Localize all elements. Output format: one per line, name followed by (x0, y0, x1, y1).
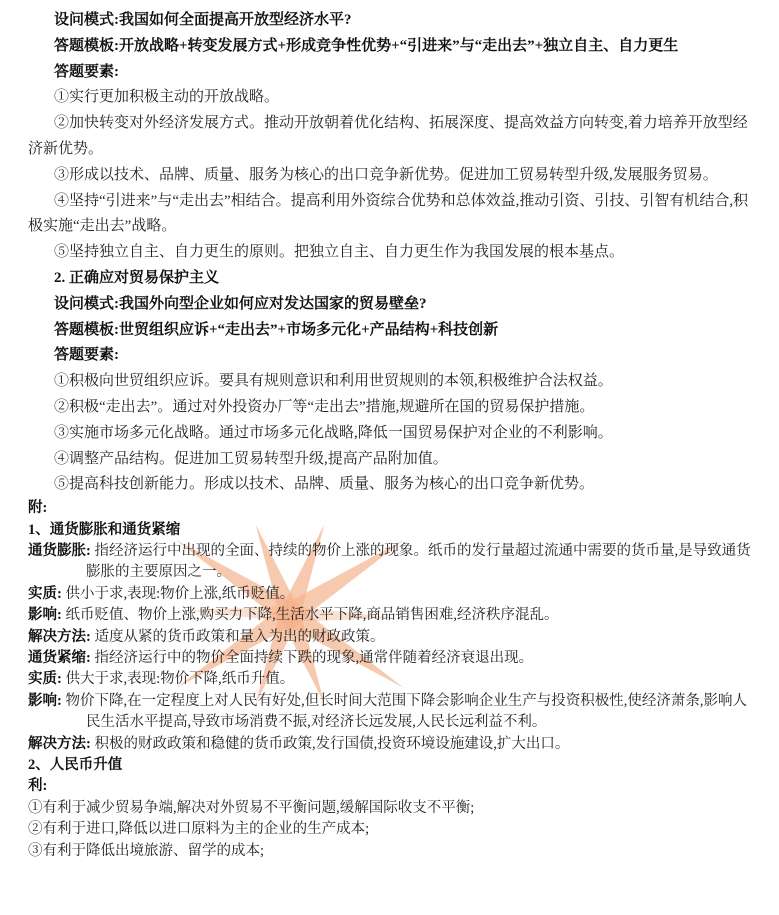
term-label: 通货膨胀: (28, 543, 91, 559)
paragraph: 实质: 供小于求,表现:物价上涨,纸币贬值。 (28, 584, 757, 605)
paragraph: ③形成以技术、品牌、质量、服务为核心的出口竞争新优势。促进加工贸易转型升级,发展… (28, 163, 757, 189)
paragraph: 答题要素: (28, 343, 757, 369)
paragraph: 答题模板:开放战略+转变发展方式+形成竞争性优势+“引进来”与“走出去”+独立自… (28, 34, 757, 60)
paragraph: ②加快转变对外经济发展方式。推动开放朝着优化结构、拓展深度、提高效益方向转变,着… (28, 111, 757, 163)
paragraph: ②积极“走出去”。通过对外投资办厂等“走出去”措施,规避所在国的贸易保护措施。 (28, 395, 757, 421)
paragraph: 利: (28, 776, 757, 797)
paragraph: 答题模板:世贸组织应诉+“走出去”+市场多元化+产品结构+科技创新 (28, 318, 757, 344)
paragraph: 2、人民币升值 (28, 755, 757, 776)
paragraph: ③有利于降低出境旅游、留学的成本; (28, 841, 757, 862)
term-label: 影响: (28, 693, 62, 709)
paragraph: 答题要素: (28, 60, 757, 86)
paragraph: ④调整产品结构。促进加工贸易转型升级,提高产品附加值。 (28, 447, 757, 473)
document-page: 设问模式:我国如何全面提高开放型经济水平?答题模板:开放战略+转变发展方式+形成… (0, 0, 779, 915)
paragraph: 附: (28, 498, 757, 519)
paragraph: 2. 正确应对贸易保护主义 (28, 266, 757, 292)
paragraph: ①积极向世贸组织应诉。要具有规则意识和利用世贸规则的本领,积极维护合法权益。 (28, 369, 757, 395)
paragraph: ⑤坚持独立自主、自力更生的原则。把独立自主、自力更生作为我国发展的根本基点。 (28, 240, 757, 266)
paragraph: 解决方法: 适度从紧的货币政策和量入为出的财政政策。 (28, 627, 757, 648)
term-label: 解决方法: (28, 736, 91, 752)
paragraph: ①有利于减少贸易争端,解决对外贸易不平衡问题,缓解国际收支不平衡; (28, 798, 757, 819)
paragraph: 影响: 物价下降,在一定程度上对人民有好处,但长时间大范围下降会影响企业生产与投… (28, 691, 757, 734)
term-label: 影响: (28, 607, 62, 623)
term-label: 实质: (28, 671, 62, 687)
paragraph: ①实行更加积极主动的开放战略。 (28, 85, 757, 111)
paragraph: 通货紧缩: 指经济运行中的物价全面持续下跌的现象,通常伴随着经济衰退出现。 (28, 648, 757, 669)
paragraph: 影响: 纸币贬值、物价上涨,购买力下降,生活水平下降,商品销售困难,经济秩序混乱… (28, 605, 757, 626)
term-label: 通货紧缩: (28, 650, 91, 666)
document-content: 设问模式:我国如何全面提高开放型经济水平?答题模板:开放战略+转变发展方式+形成… (0, 0, 779, 862)
paragraph: ④坚持“引进来”与“走出去”相结合。提高利用外资综合优势和总体效益,推动引资、引… (28, 189, 757, 241)
term-label: 解决方法: (28, 629, 91, 645)
paragraph: ③实施市场多元化战略。通过市场多元化战略,降低一国贸易保护对企业的不利影响。 (28, 421, 757, 447)
term-label: 实质: (28, 586, 62, 602)
paragraph: 解决方法: 积极的财政政策和稳健的货币政策,发行国债,投资环境设施建设,扩大出口… (28, 734, 757, 755)
paragraph: ②有利于进口,降低以进口原料为主的企业的生产成本; (28, 819, 757, 840)
paragraph: 设问模式:我国如何全面提高开放型经济水平? (28, 8, 757, 34)
paragraph: 实质: 供大于求,表现:物价下降,纸币升值。 (28, 669, 757, 690)
paragraph: 通货膨胀: 指经济运行中出现的全面、持续的物价上涨的现象。纸币的发行量超过流通中… (28, 541, 757, 584)
paragraph: 1、通货膨胀和通货紧缩 (28, 520, 757, 541)
paragraph: 设问模式:我国外向型企业如何应对发达国家的贸易壁垒? (28, 292, 757, 318)
paragraph: ⑤提高科技创新能力。形成以技术、品牌、质量、服务为核心的出口竞争新优势。 (28, 472, 757, 498)
